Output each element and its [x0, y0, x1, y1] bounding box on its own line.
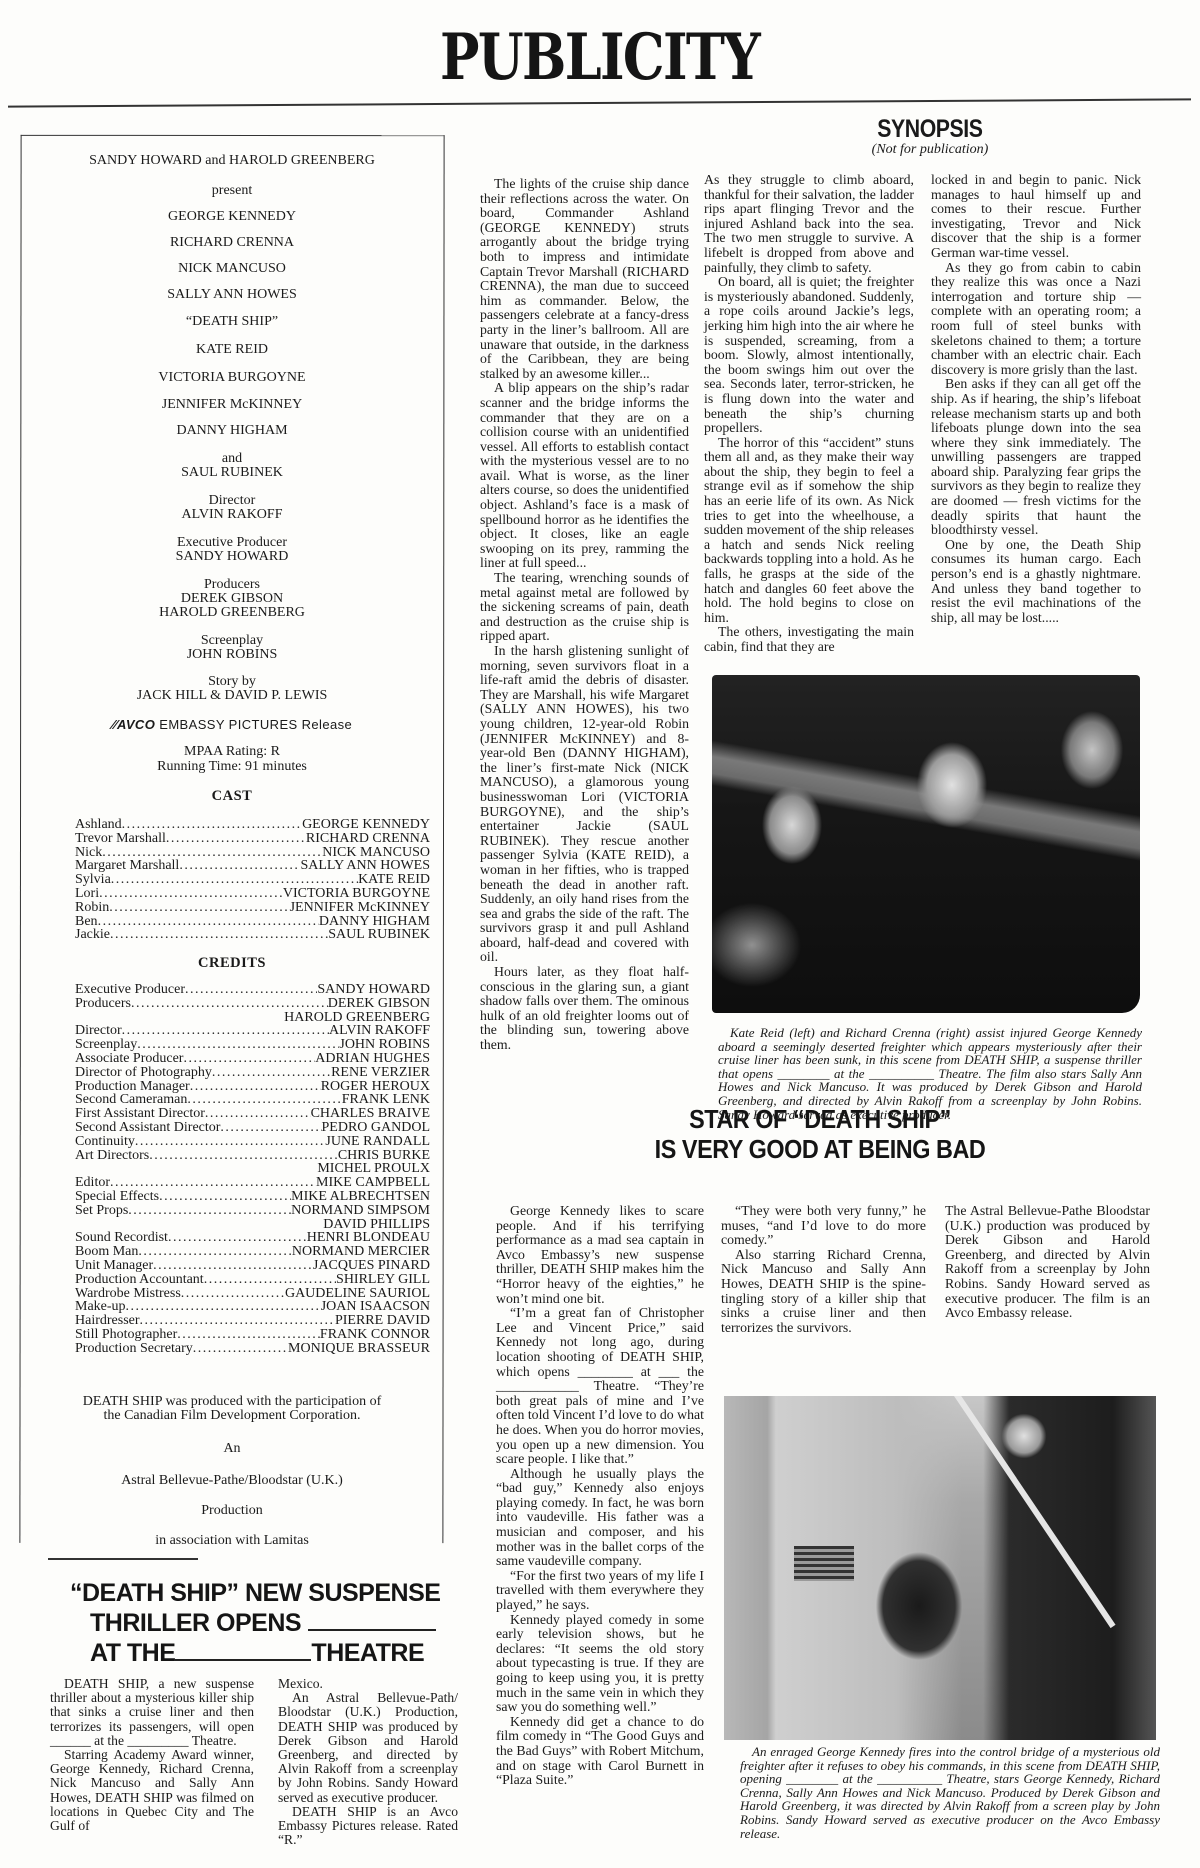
paragraph: Hours later, as they float half-consciou… [480, 965, 689, 1053]
star-2: RICHARD CRENNA [20, 235, 444, 251]
photo-survivors [712, 675, 1140, 1013]
story-name: JACK HILL & DAVID P. LEWIS [20, 688, 444, 704]
star-headline-line-2: IS VERY GOOD AT BEING BAD [640, 1134, 1000, 1164]
paragraph: The Astral Bellevue-Pathe Bloodstar (U.K… [945, 1204, 1150, 1321]
paragraph: Also starring Richard Crenna, Nick Mancu… [721, 1248, 926, 1336]
paragraph: George Kennedy likes to scare people. An… [496, 1204, 704, 1306]
date-blank [308, 1629, 436, 1631]
star-3: NICK MANCUSO [20, 261, 444, 277]
exec-producer-name: SANDY HOWARD [20, 549, 444, 565]
opens-article-col-1: DEATH SHIP, a new suspense thriller abou… [50, 1677, 254, 1833]
masthead: PUBLICITY [0, 26, 1200, 90]
paragraph: One by one, the Death Ship consumes its … [931, 538, 1141, 626]
synopsis-col-3: locked in and begin to panic. Nick manag… [931, 173, 1141, 625]
opens-article-col-2: Mexico. An Astral Bellevue-Path/ Bloodst… [278, 1677, 458, 1847]
credit-row: ScreenplayJOHN ROBINS [75, 1038, 430, 1052]
credit-row: Sound RecordistHENRI BLONDEAU [75, 1231, 430, 1245]
cast-row: BenDANNY HIGHAM [75, 915, 430, 929]
credit-row: Associate ProducerADRIAN HUGHES [75, 1052, 430, 1066]
credit-row: EditorMIKE CAMPBELL [75, 1176, 430, 1190]
credit-row: xMICHEL PROULX [75, 1162, 430, 1176]
paragraph: Kennedy did get a chance to do film come… [496, 1715, 704, 1788]
credit-row: First Assistant DirectorCHARLES BRAIVE [75, 1107, 430, 1121]
photo-kennedy-caption: An enraged George Kennedy fires into the… [740, 1745, 1160, 1840]
credits-list: Executive ProducerSANDY HOWARD Producers… [75, 983, 430, 1356]
synopsis-title: SYNOPSIS [877, 115, 982, 144]
paragraph: A blip appears on the ship’s radar scann… [480, 381, 689, 571]
paragraph: Mexico. [278, 1677, 458, 1691]
paragraph: DEATH SHIP, a new suspense thriller abou… [50, 1677, 254, 1748]
masthead-rule [8, 98, 1191, 107]
cast-row: NickNICK MANCUSO [75, 846, 430, 860]
star-headline: STAR OF “DEATH SHIP” IS VERY GOOD AT BEI… [640, 1104, 1000, 1164]
distributor-line: ∕∕AVCO EMBASSY PICTURES Release [20, 717, 444, 733]
cast-row: RobinJENNIFER McKINNEY [75, 901, 430, 915]
synopsis-subtitle: (Not for publication) [700, 142, 1160, 158]
producer-2: HAROLD GREENBERG [20, 605, 444, 621]
paragraph: Ben asks if they can all get off the shi… [931, 377, 1141, 538]
mpaa-rating: MPAA Rating: R [20, 744, 444, 760]
credit-row: Special EffectsMIKE ALBRECHTSEN [75, 1190, 430, 1204]
opens-headline-line-3: AT THETHEATRE [70, 1638, 470, 1668]
paragraph: Although he usually plays the “bad guy,”… [496, 1467, 704, 1569]
cast-list: AshlandGEORGE KENNEDY Trevor MarshallRIC… [75, 818, 430, 942]
credit-row: Wardrobe MistressGAUDELINE SAURIOL [75, 1287, 430, 1301]
synopsis-col-2: As they struggle to climb aboard, thankf… [704, 173, 914, 655]
cast-title: CAST [20, 788, 444, 804]
credit-row: Boom ManNORMAND MERCIER [75, 1245, 430, 1259]
paragraph: The horror of this “accident” stuns them… [704, 436, 914, 626]
cast-row: Margaret MarshallSALLY ANN HOWES [75, 859, 430, 873]
cast-row: JackieSAUL RUBINEK [75, 928, 430, 942]
production-label: Production [20, 1503, 444, 1519]
credit-row: xHAROLD GREENBERG [75, 1011, 430, 1025]
credit-row: Art DirectorsCHRIS BURKE [75, 1149, 430, 1163]
paragraph: locked in and begin to panic. Nick manag… [931, 173, 1141, 261]
paragraph: As they go from cabin to cabin they real… [931, 261, 1141, 378]
star-headline-line-1: STAR OF “DEATH SHIP” [640, 1104, 1000, 1134]
credit-row: Make-upJOAN ISAACSON [75, 1300, 430, 1314]
final-star: SAUL RUBINEK [20, 465, 444, 481]
costar-1: KATE REID [20, 342, 444, 358]
film-title: “DEATH SHIP” [20, 314, 444, 330]
running-time: Running Time: 91 minutes [20, 759, 444, 775]
synopsis-header: SYNOPSIS (Not for publication) [700, 115, 1160, 158]
cast-row: LoriVICTORIA BURGOYNE [75, 887, 430, 901]
credits-box-bottom-rule [48, 1558, 198, 1560]
star-1: GEORGE KENNEDY [20, 209, 444, 225]
avco-logo: AVCO [117, 717, 155, 732]
cast-row: SylviaKATE REID [75, 873, 430, 887]
present-label: present [20, 183, 444, 199]
paragraph: “I’m a great fan of Christopher Lee and … [496, 1306, 704, 1467]
director-name: ALVIN RAKOFF [20, 507, 444, 523]
paragraph: In the harsh glistening sunlight of morn… [480, 644, 689, 965]
an-label: An [20, 1441, 444, 1457]
paragraph: Starring Academy Award winner, George Ke… [50, 1748, 254, 1833]
credits-title: CREDITS [20, 955, 444, 971]
cfdc-note-2: the Canadian Film Development Corporatio… [20, 1408, 444, 1424]
credit-row: Set PropsNORMAND SIMPSOM [75, 1204, 430, 1218]
presenters: SANDY HOWARD and HAROLD GREENBERG [20, 153, 444, 169]
costar-2: VICTORIA BURGOYNE [20, 370, 444, 386]
star-article-col-2: “They were both very funny,” he muses, “… [721, 1204, 926, 1335]
opens-headline-line-1: “DEATH SHIP” NEW SUSPENSE [70, 1578, 470, 1608]
credit-row: Second Assistant DirectorPEDRO GANDOL [75, 1121, 430, 1135]
page-title: PUBLICITY [440, 26, 759, 90]
screenplay-name: JOHN ROBINS [20, 647, 444, 663]
credit-row: Production SecretaryMONIQUE BRASSEUR [75, 1342, 430, 1356]
paragraph: “They were both very funny,” he muses, “… [721, 1204, 926, 1248]
credit-row: Production AccountantSHIRLEY GILL [75, 1273, 430, 1287]
star-article-col-1: George Kennedy likes to scare people. An… [496, 1204, 704, 1788]
credit-row: HairdresserPIERRE DAVID [75, 1314, 430, 1328]
paragraph: “For the first two years of my life I tr… [496, 1569, 704, 1613]
paragraph: Kennedy played comedy in some early tele… [496, 1613, 704, 1715]
paragraph: The lights of the cruise ship dance thei… [480, 177, 689, 381]
costar-3: JENNIFER McKINNEY [20, 397, 444, 413]
opens-headline: “DEATH SHIP” NEW SUSPENSE THRILLER OPENS… [70, 1578, 470, 1668]
credit-row: Second CameramanFRANK LENK [75, 1093, 430, 1107]
credit-row: ProducersDEREK GIBSON [75, 997, 430, 1011]
costar-4: DANNY HIGHAM [20, 423, 444, 439]
credit-row: Production ManagerROGER HEROUX [75, 1080, 430, 1094]
credit-row: Still PhotographerFRANK CONNOR [75, 1328, 430, 1342]
paragraph: DEATH SHIP is an Avco Embassy Pictures r… [278, 1805, 458, 1848]
credit-row: ContinuityJUNE RANDALL [75, 1135, 430, 1149]
credit-row: DirectorALVIN RAKOFF [75, 1024, 430, 1038]
cast-row: AshlandGEORGE KENNEDY [75, 818, 430, 832]
paragraph: An Astral Bellevue-Path/ Bloodstar (U.K.… [278, 1691, 458, 1805]
star-4: SALLY ANN HOWES [20, 287, 444, 303]
distributor-text: EMBASSY PICTURES Release [159, 717, 352, 732]
paragraph: On board, all is quiet; the freighter is… [704, 275, 914, 436]
cast-row: Trevor MarshallRICHARD CRENNA [75, 832, 430, 846]
paragraph: The others, investigating the main cabin… [704, 625, 914, 654]
opens-headline-line-2: THRILLER OPENS [70, 1608, 470, 1638]
credit-row: Director of PhotographyRENE VERZIER [75, 1066, 430, 1080]
paragraph: The tearing, wrenching sounds of metal a… [480, 571, 689, 644]
star-article-col-3: The Astral Bellevue-Pathe Bloodstar (U.K… [945, 1204, 1150, 1321]
credit-row: Executive ProducerSANDY HOWARD [75, 983, 430, 997]
synopsis-col-1: The lights of the cruise ship dance thei… [480, 177, 689, 1053]
association-label: in association with Lamitas [20, 1533, 444, 1549]
theatre-blank [175, 1659, 311, 1661]
production-company: Astral Bellevue-Pathe/Bloodstar (U.K.) [20, 1473, 444, 1489]
credit-row: Unit ManagerJACQUES PINARD [75, 1259, 430, 1273]
credit-row: xDAVID PHILLIPS [75, 1218, 430, 1232]
photo-kennedy-firing [724, 1396, 1156, 1740]
paragraph: As they struggle to climb aboard, thankf… [704, 173, 914, 275]
